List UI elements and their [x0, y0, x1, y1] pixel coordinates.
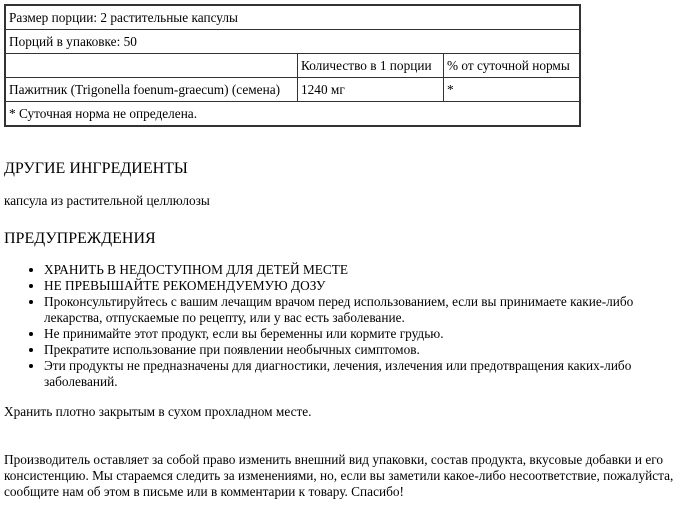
- ingredient-amount: 1240 мг: [298, 78, 444, 102]
- warning-item: Прекратите использование при появлении н…: [44, 342, 680, 358]
- footnote-row: * Суточная норма не определена.: [5, 102, 580, 127]
- header-daily-value: % от суточной нормы: [444, 54, 581, 78]
- serving-size: Размер порции: 2 растительные капсулы: [5, 5, 580, 30]
- product-info-document: Размер порции: 2 растительные капсулы По…: [0, 4, 684, 500]
- warnings-heading: ПРЕДУПРЕЖДЕНИЯ: [4, 229, 680, 248]
- servings-per-container-row: Порций в упаковке: 50: [5, 30, 580, 54]
- header-blank-cell: [5, 54, 298, 78]
- warning-item: Проконсультируйтесь с вашим лечащим врач…: [44, 294, 680, 326]
- table-header-row: Количество в 1 порции % от суточной норм…: [5, 54, 580, 78]
- manufacturer-disclaimer: Производитель оставляет за собой право и…: [4, 452, 682, 500]
- warning-item: ХРАНИТЬ В НЕДОСТУПНОМ ДЛЯ ДЕТЕЙ МЕСТЕ: [44, 262, 680, 278]
- serving-size-row: Размер порции: 2 растительные капсулы: [5, 5, 580, 30]
- other-ingredients-heading: ДРУГИЕ ИНГРЕДИЕНТЫ: [4, 159, 680, 178]
- ingredient-daily-value: *: [444, 78, 581, 102]
- table-row: Пажитник (Trigonella foenum-graecum) (се…: [5, 78, 580, 102]
- header-amount-per-serving: Количество в 1 порции: [298, 54, 444, 78]
- daily-value-footnote: * Суточная норма не определена.: [5, 102, 580, 127]
- storage-instructions: Хранить плотно закрытым в сухом прохладн…: [4, 404, 680, 420]
- ingredient-name: Пажитник (Trigonella foenum-graecum) (се…: [5, 78, 298, 102]
- warnings-list: ХРАНИТЬ В НЕДОСТУПНОМ ДЛЯ ДЕТЕЙ МЕСТЕ НЕ…: [4, 262, 680, 390]
- other-ingredients-text: капсула из растительной целлюлозы: [4, 193, 680, 209]
- warning-item: Эти продукты не предназначены для диагно…: [44, 358, 680, 390]
- supplement-facts-table: Размер порции: 2 растительные капсулы По…: [4, 4, 581, 127]
- warning-item: Не принимайте этот продукт, если вы бере…: [44, 326, 680, 342]
- warning-item: НЕ ПРЕВЫШАЙТЕ РЕКОМЕНДУЕМУЮ ДОЗУ: [44, 278, 680, 294]
- servings-per-container: Порций в упаковке: 50: [5, 30, 580, 54]
